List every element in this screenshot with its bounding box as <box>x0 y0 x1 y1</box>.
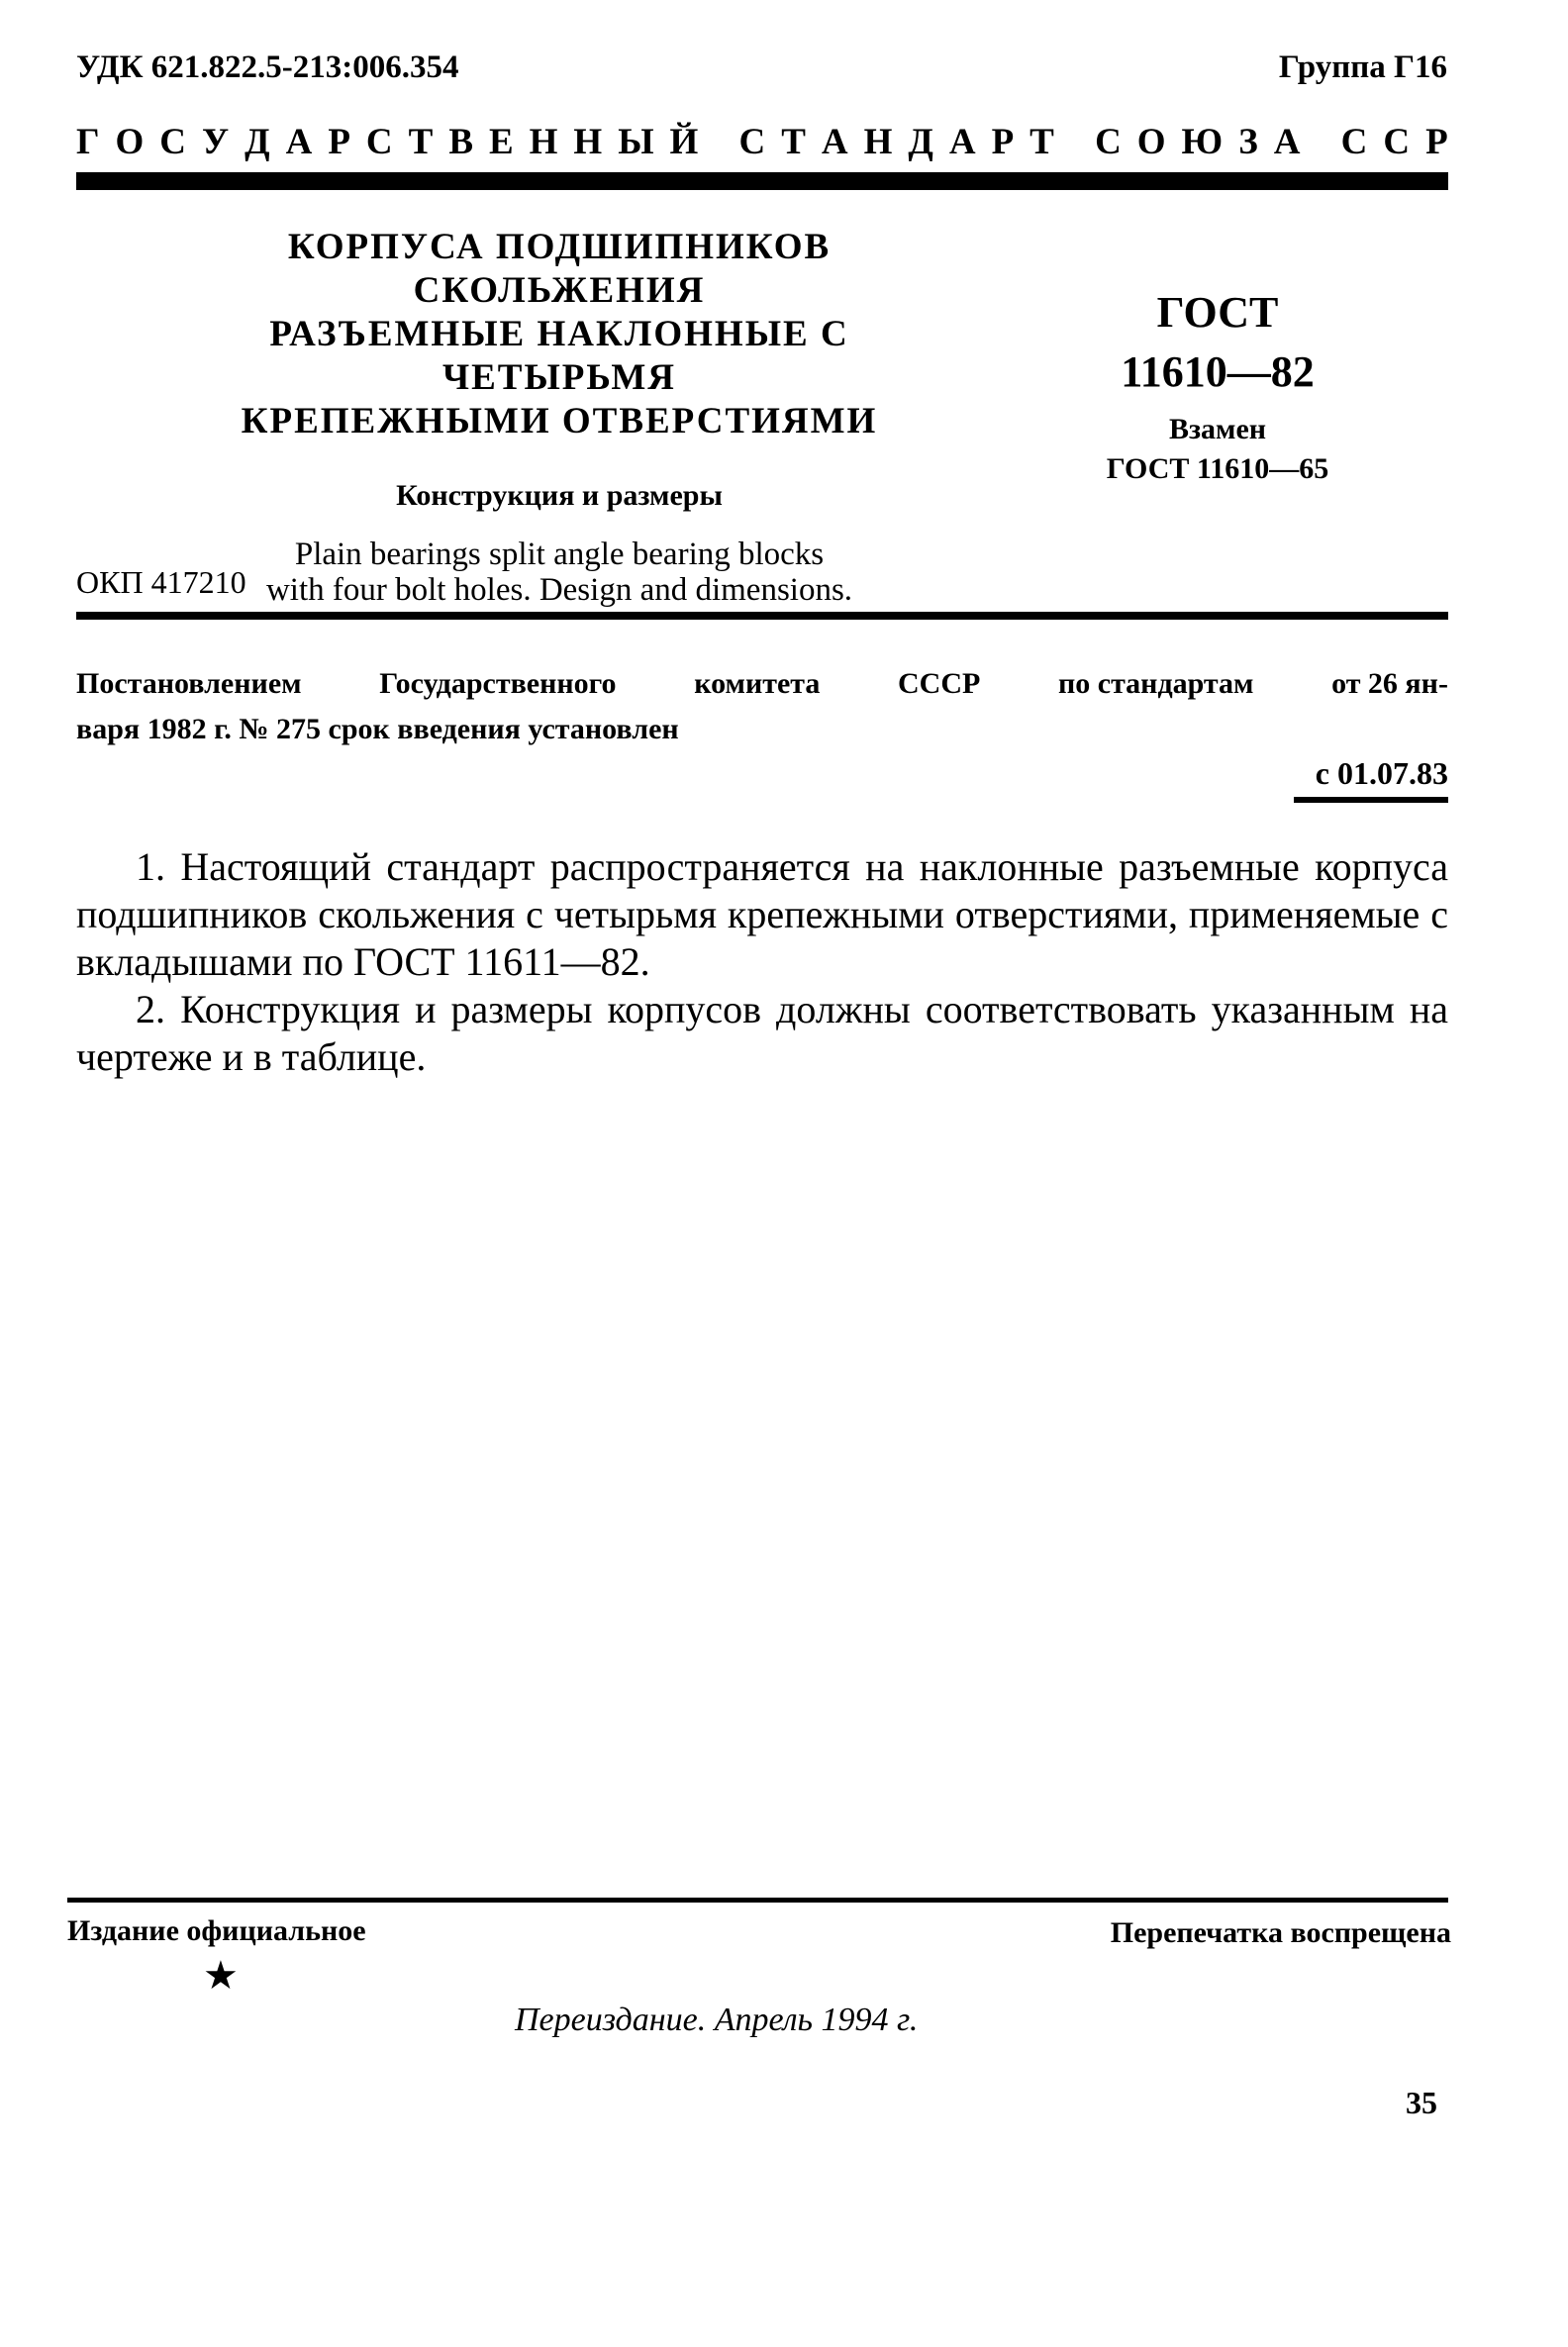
footer-rule-divider <box>67 1898 1448 1903</box>
english-title-line-1: Plain bearings split angle bearing block… <box>148 537 970 572</box>
resolution-line-2: варя 1982 г. № 275 срок введения установ… <box>76 707 1448 752</box>
heading-letter: А <box>949 121 976 163</box>
resolution-line-1: Постановлением Государственного комитета… <box>76 661 1448 707</box>
heading-letter: Т <box>409 121 434 163</box>
group-code: Группа Г16 <box>1279 49 1447 86</box>
heading-letter: Д <box>245 121 269 163</box>
heading-letter: Е <box>489 121 514 163</box>
heading-letter: Ы <box>618 121 653 163</box>
heading-letter: А <box>286 121 313 163</box>
heading-letter: В <box>448 121 473 163</box>
reissue-note: Переиздание. Апрель 1994 г. <box>515 2002 918 2039</box>
resolution-word: комитета <box>694 661 820 707</box>
heading-letter: З <box>1238 121 1258 163</box>
body-text: 1. Настоящий стандарт распространяется н… <box>76 843 1448 1081</box>
heading-letter: С <box>159 121 186 163</box>
document-title: КОРПУСА ПОДШИПНИКОВ СКОЛЬЖЕНИЯ РАЗЪЕМНЫЕ… <box>148 226 970 443</box>
resolution-word: СССР <box>898 661 980 707</box>
replaces-label: Взамен <box>1049 410 1386 449</box>
heading-letter: Н <box>864 121 893 163</box>
heading-letter: Д <box>908 121 932 163</box>
state-standard-heading: ГОСУДАРСТВЕННЫЙ СТАНДАРТ СОЮЗА ССР <box>76 121 1448 163</box>
top-rule-divider <box>76 172 1448 190</box>
resolution-text: Постановлением Государственного комитета… <box>76 661 1448 752</box>
reprint-forbidden-label: Перепечатка воспрещена <box>1111 1916 1451 1950</box>
gost-number: 11610—82 <box>1049 344 1386 400</box>
heading-letter: Й <box>670 121 699 163</box>
official-edition-label: Издание официальное <box>67 1914 366 1948</box>
heading-letter <box>714 121 723 163</box>
effective-date-underline <box>1294 797 1448 803</box>
okp-code: ОКП 417210 <box>76 564 246 601</box>
heading-letter: У <box>202 121 229 163</box>
heading-letter: С <box>1095 121 1122 163</box>
english-title: Plain bearings split angle bearing block… <box>148 537 970 608</box>
document-subtitle: Конструкция и размеры <box>148 477 970 515</box>
paragraph-1: 1. Настоящий стандарт распространяется н… <box>76 843 1448 986</box>
heading-letter <box>1316 121 1324 163</box>
resolution-word: по стандартам <box>1058 661 1254 707</box>
title-line-2: РАЗЪЕМНЫЕ НАКЛОННЫЕ С ЧЕТЫРЬМЯ <box>148 313 970 400</box>
udk-code: УДК 621.822.5-213:006.354 <box>76 49 459 86</box>
title-block: КОРПУСА ПОДШИПНИКОВ СКОЛЬЖЕНИЯ РАЗЪЕМНЫЕ… <box>148 226 970 608</box>
heading-letter: Ю <box>1182 121 1224 163</box>
paragraph-2: 2. Конструкция и размеры корпусов должны… <box>76 986 1448 1081</box>
resolution-word: Постановлением <box>76 661 302 707</box>
heading-letter: А <box>1274 121 1301 163</box>
heading-letter: С <box>1341 121 1368 163</box>
star-icon: ★ <box>203 1956 239 1996</box>
heading-letter: Г <box>76 121 100 163</box>
title-line-1: КОРПУСА ПОДШИПНИКОВ СКОЛЬЖЕНИЯ <box>148 226 970 313</box>
title-line-3: КРЕПЕЖНЫМИ ОТВЕРСТИЯМИ <box>148 400 970 443</box>
page-number: 35 <box>1406 2085 1437 2121</box>
effective-date: с 01.07.83 <box>1316 755 1448 792</box>
heading-letter: С <box>739 121 766 163</box>
english-title-line-2: with four bolt holes. Design and dimensi… <box>148 572 970 608</box>
resolution-word: от 26 ян- <box>1331 661 1448 707</box>
heading-letter <box>1070 121 1079 163</box>
heading-letter: С <box>1383 121 1410 163</box>
heading-letter: Н <box>573 121 602 163</box>
heading-letter: О <box>116 121 145 163</box>
heading-letter: Т <box>781 121 806 163</box>
heading-letter: А <box>822 121 848 163</box>
heading-letter: О <box>1137 121 1166 163</box>
heading-letter: Р <box>1425 121 1448 163</box>
resolution-word: Государственного <box>379 661 616 707</box>
heading-letter: С <box>366 121 393 163</box>
gost-designation-block: ГОСТ 11610—82 Взамен ГОСТ 11610—65 <box>1049 285 1386 489</box>
gost-label: ГОСТ <box>1049 285 1386 341</box>
okp-rule-divider <box>76 612 1448 620</box>
heading-letter: Т <box>1029 121 1054 163</box>
heading-letter: Р <box>328 121 350 163</box>
replaces-number: ГОСТ 11610—65 <box>1049 449 1386 489</box>
heading-letter: Н <box>530 121 558 163</box>
heading-letter: Р <box>992 121 1015 163</box>
